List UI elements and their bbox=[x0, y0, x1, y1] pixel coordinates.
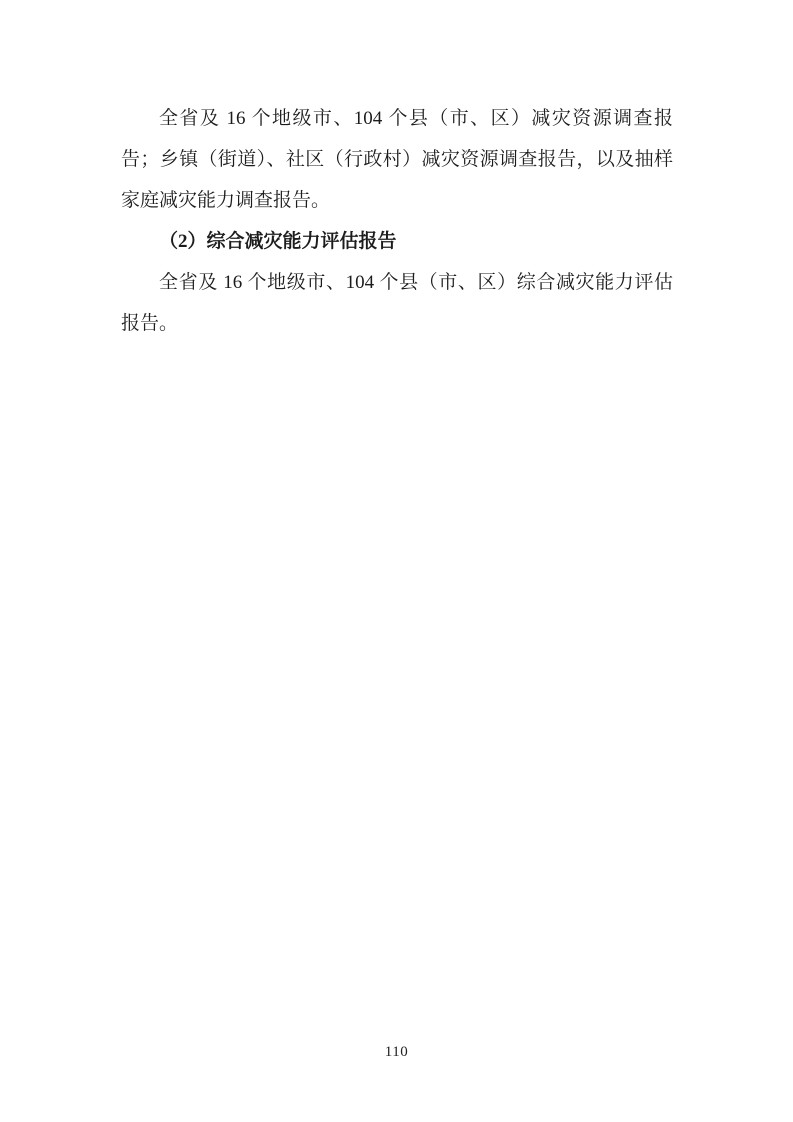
document-body: 全省及 16 个地级市、104 个县（市、区）减灾资源调查报告；乡镇（街道）、社… bbox=[121, 98, 673, 344]
page-footer: 110 bbox=[0, 1043, 793, 1061]
section-heading-comprehensive-assessment: （2）综合减灾能力评估报告 bbox=[121, 221, 673, 262]
document-page: 全省及 16 个地级市、104 个县（市、区）减灾资源调查报告；乡镇（街道）、社… bbox=[0, 0, 793, 1122]
page-number: 110 bbox=[385, 1044, 408, 1060]
paragraph-resource-survey-reports: 全省及 16 个地级市、104 个县（市、区）减灾资源调查报告；乡镇（街道）、社… bbox=[121, 98, 673, 221]
paragraph-assessment-reports: 全省及 16 个地级市、104 个县（市、区）综合减灾能力评估报告。 bbox=[121, 262, 673, 344]
